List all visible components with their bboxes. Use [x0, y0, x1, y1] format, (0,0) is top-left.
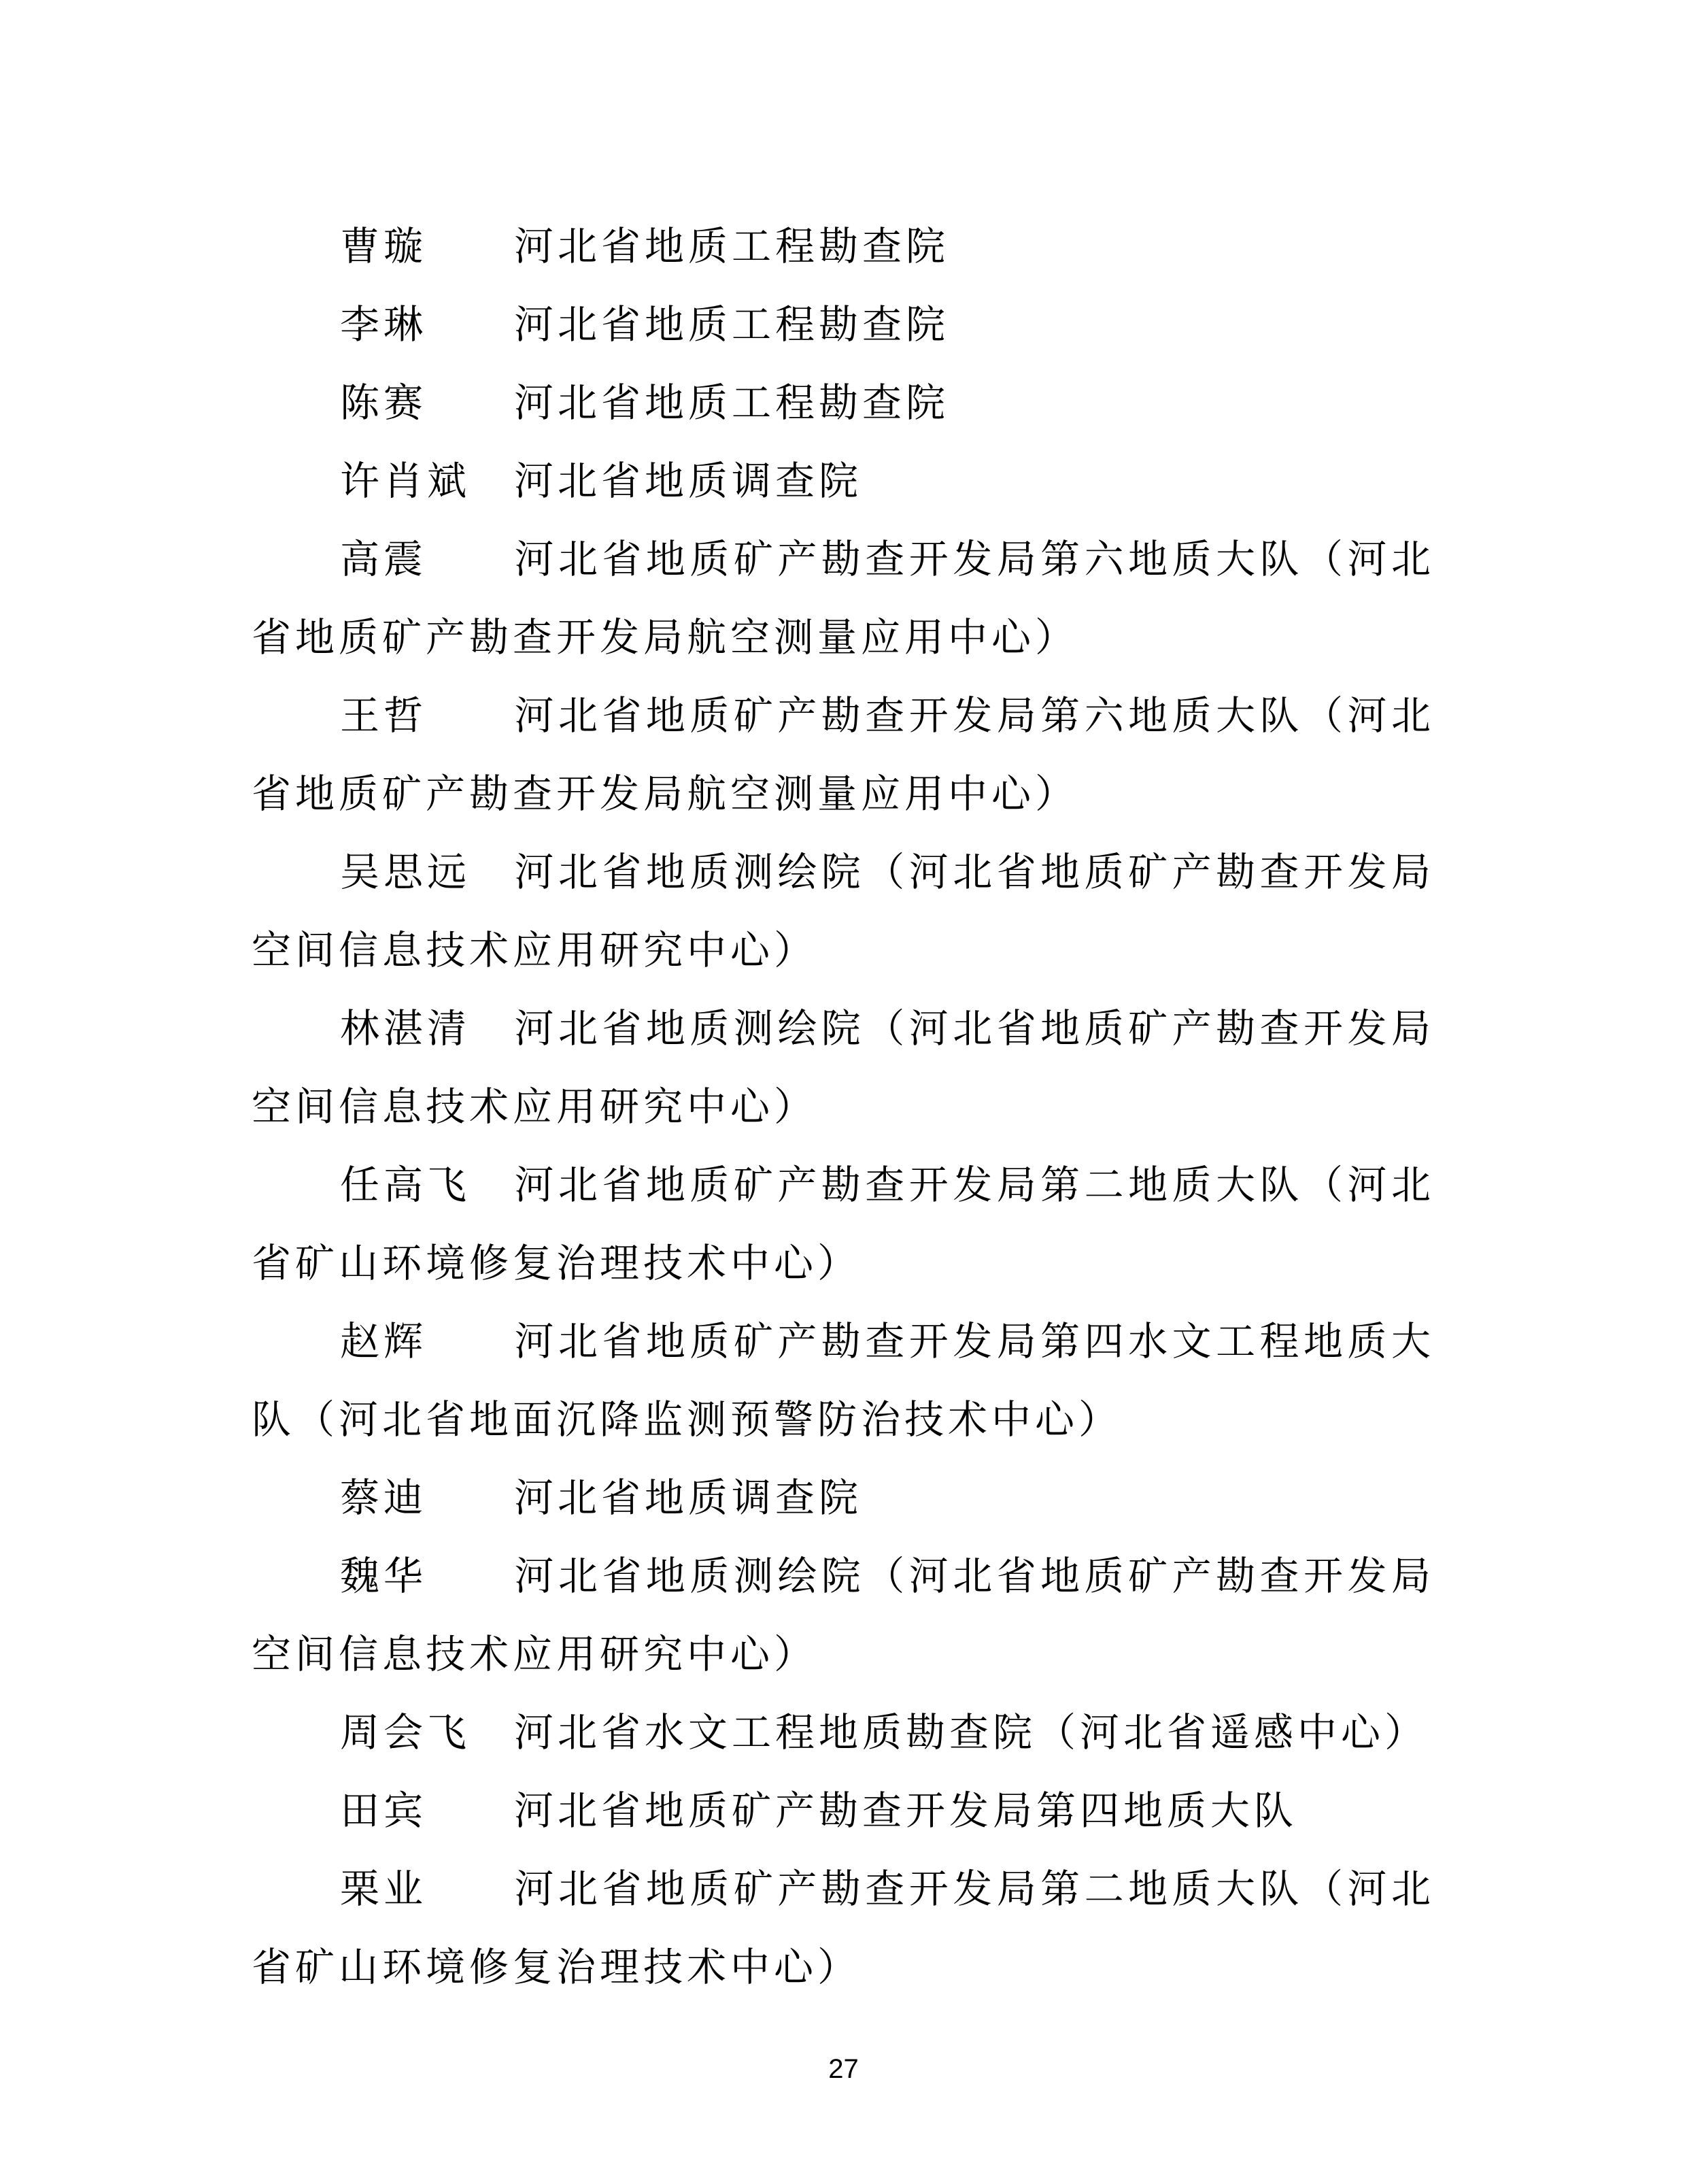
person-name: 曹璇 — [340, 207, 514, 286]
personnel-list: 曹璇河北省地质工程勘查院 李琳河北省地质工程勘查院 陈赛河北省地质工程勘查院 许… — [252, 207, 1435, 2006]
person-name: 栗业 — [340, 1850, 514, 1928]
list-entry: 林湛清河北省地质测绘院（河北省地质矿产勘查开发局空间信息技术应用研究中心） — [252, 990, 1435, 1146]
list-entry: 任高飞河北省地质矿产勘查开发局第二地质大队（河北省矿山环境修复治理技术中心） — [252, 1146, 1435, 1303]
list-entry: 赵辉河北省地质矿产勘查开发局第四水文工程地质大队（河北省地面沉降监测预警防治技术… — [252, 1303, 1435, 1459]
list-entry: 周会飞河北省水文工程地质勘查院（河北省遥感中心） — [252, 1694, 1435, 1772]
list-entry: 蔡迪河北省地质调查院 — [252, 1459, 1435, 1537]
organization-name: 河北省地质调查院 — [514, 1476, 862, 1520]
person-name: 蔡迪 — [340, 1459, 514, 1537]
person-name: 许肖斌 — [340, 442, 514, 520]
person-name: 王哲 — [340, 677, 514, 755]
list-entry: 许肖斌河北省地质调查院 — [252, 442, 1435, 520]
list-entry: 王哲河北省地质矿产勘查开发局第六地质大队（河北省地质矿产勘查开发局航空测量应用中… — [252, 677, 1435, 833]
person-name: 周会飞 — [340, 1694, 514, 1772]
list-entry: 陈赛河北省地质工程勘查院 — [252, 364, 1435, 442]
person-name: 李琳 — [340, 286, 514, 364]
list-entry: 李琳河北省地质工程勘查院 — [252, 286, 1435, 364]
person-name: 高震 — [340, 520, 514, 599]
list-entry: 曹璇河北省地质工程勘查院 — [252, 207, 1435, 286]
organization-name: 河北省地质工程勘查院 — [514, 224, 949, 269]
person-name: 吴思远 — [340, 833, 514, 911]
organization-name: 河北省水文工程地质勘查院（河北省遥感中心） — [514, 1711, 1428, 1755]
list-entry: 栗业河北省地质矿产勘查开发局第二地质大队（河北省矿山环境修复治理技术中心） — [252, 1850, 1435, 2006]
list-entry: 田宾河北省地质矿产勘查开发局第四地质大队 — [252, 1772, 1435, 1850]
person-name: 魏华 — [340, 1537, 514, 1615]
person-name: 赵辉 — [340, 1303, 514, 1381]
organization-name: 河北省地质工程勘查院 — [514, 303, 949, 347]
document-page: 曹璇河北省地质工程勘查院 李琳河北省地质工程勘查院 陈赛河北省地质工程勘查院 许… — [0, 0, 1687, 2184]
list-entry: 魏华河北省地质测绘院（河北省地质矿产勘查开发局空间信息技术应用研究中心） — [252, 1537, 1435, 1694]
list-entry: 吴思远河北省地质测绘院（河北省地质矿产勘查开发局空间信息技术应用研究中心） — [252, 833, 1435, 990]
person-name: 林湛清 — [340, 990, 514, 1068]
person-name: 任高飞 — [340, 1146, 514, 1224]
organization-name: 河北省地质工程勘查院 — [514, 381, 949, 425]
organization-name: 河北省地质矿产勘查开发局第四地质大队 — [514, 1789, 1297, 1833]
page-number: 27 — [0, 2053, 1687, 2085]
list-entry: 高震河北省地质矿产勘查开发局第六地质大队（河北省地质矿产勘查开发局航空测量应用中… — [252, 520, 1435, 677]
organization-name: 河北省地质调查院 — [514, 459, 862, 503]
person-name: 陈赛 — [340, 364, 514, 442]
person-name: 田宾 — [340, 1772, 514, 1850]
